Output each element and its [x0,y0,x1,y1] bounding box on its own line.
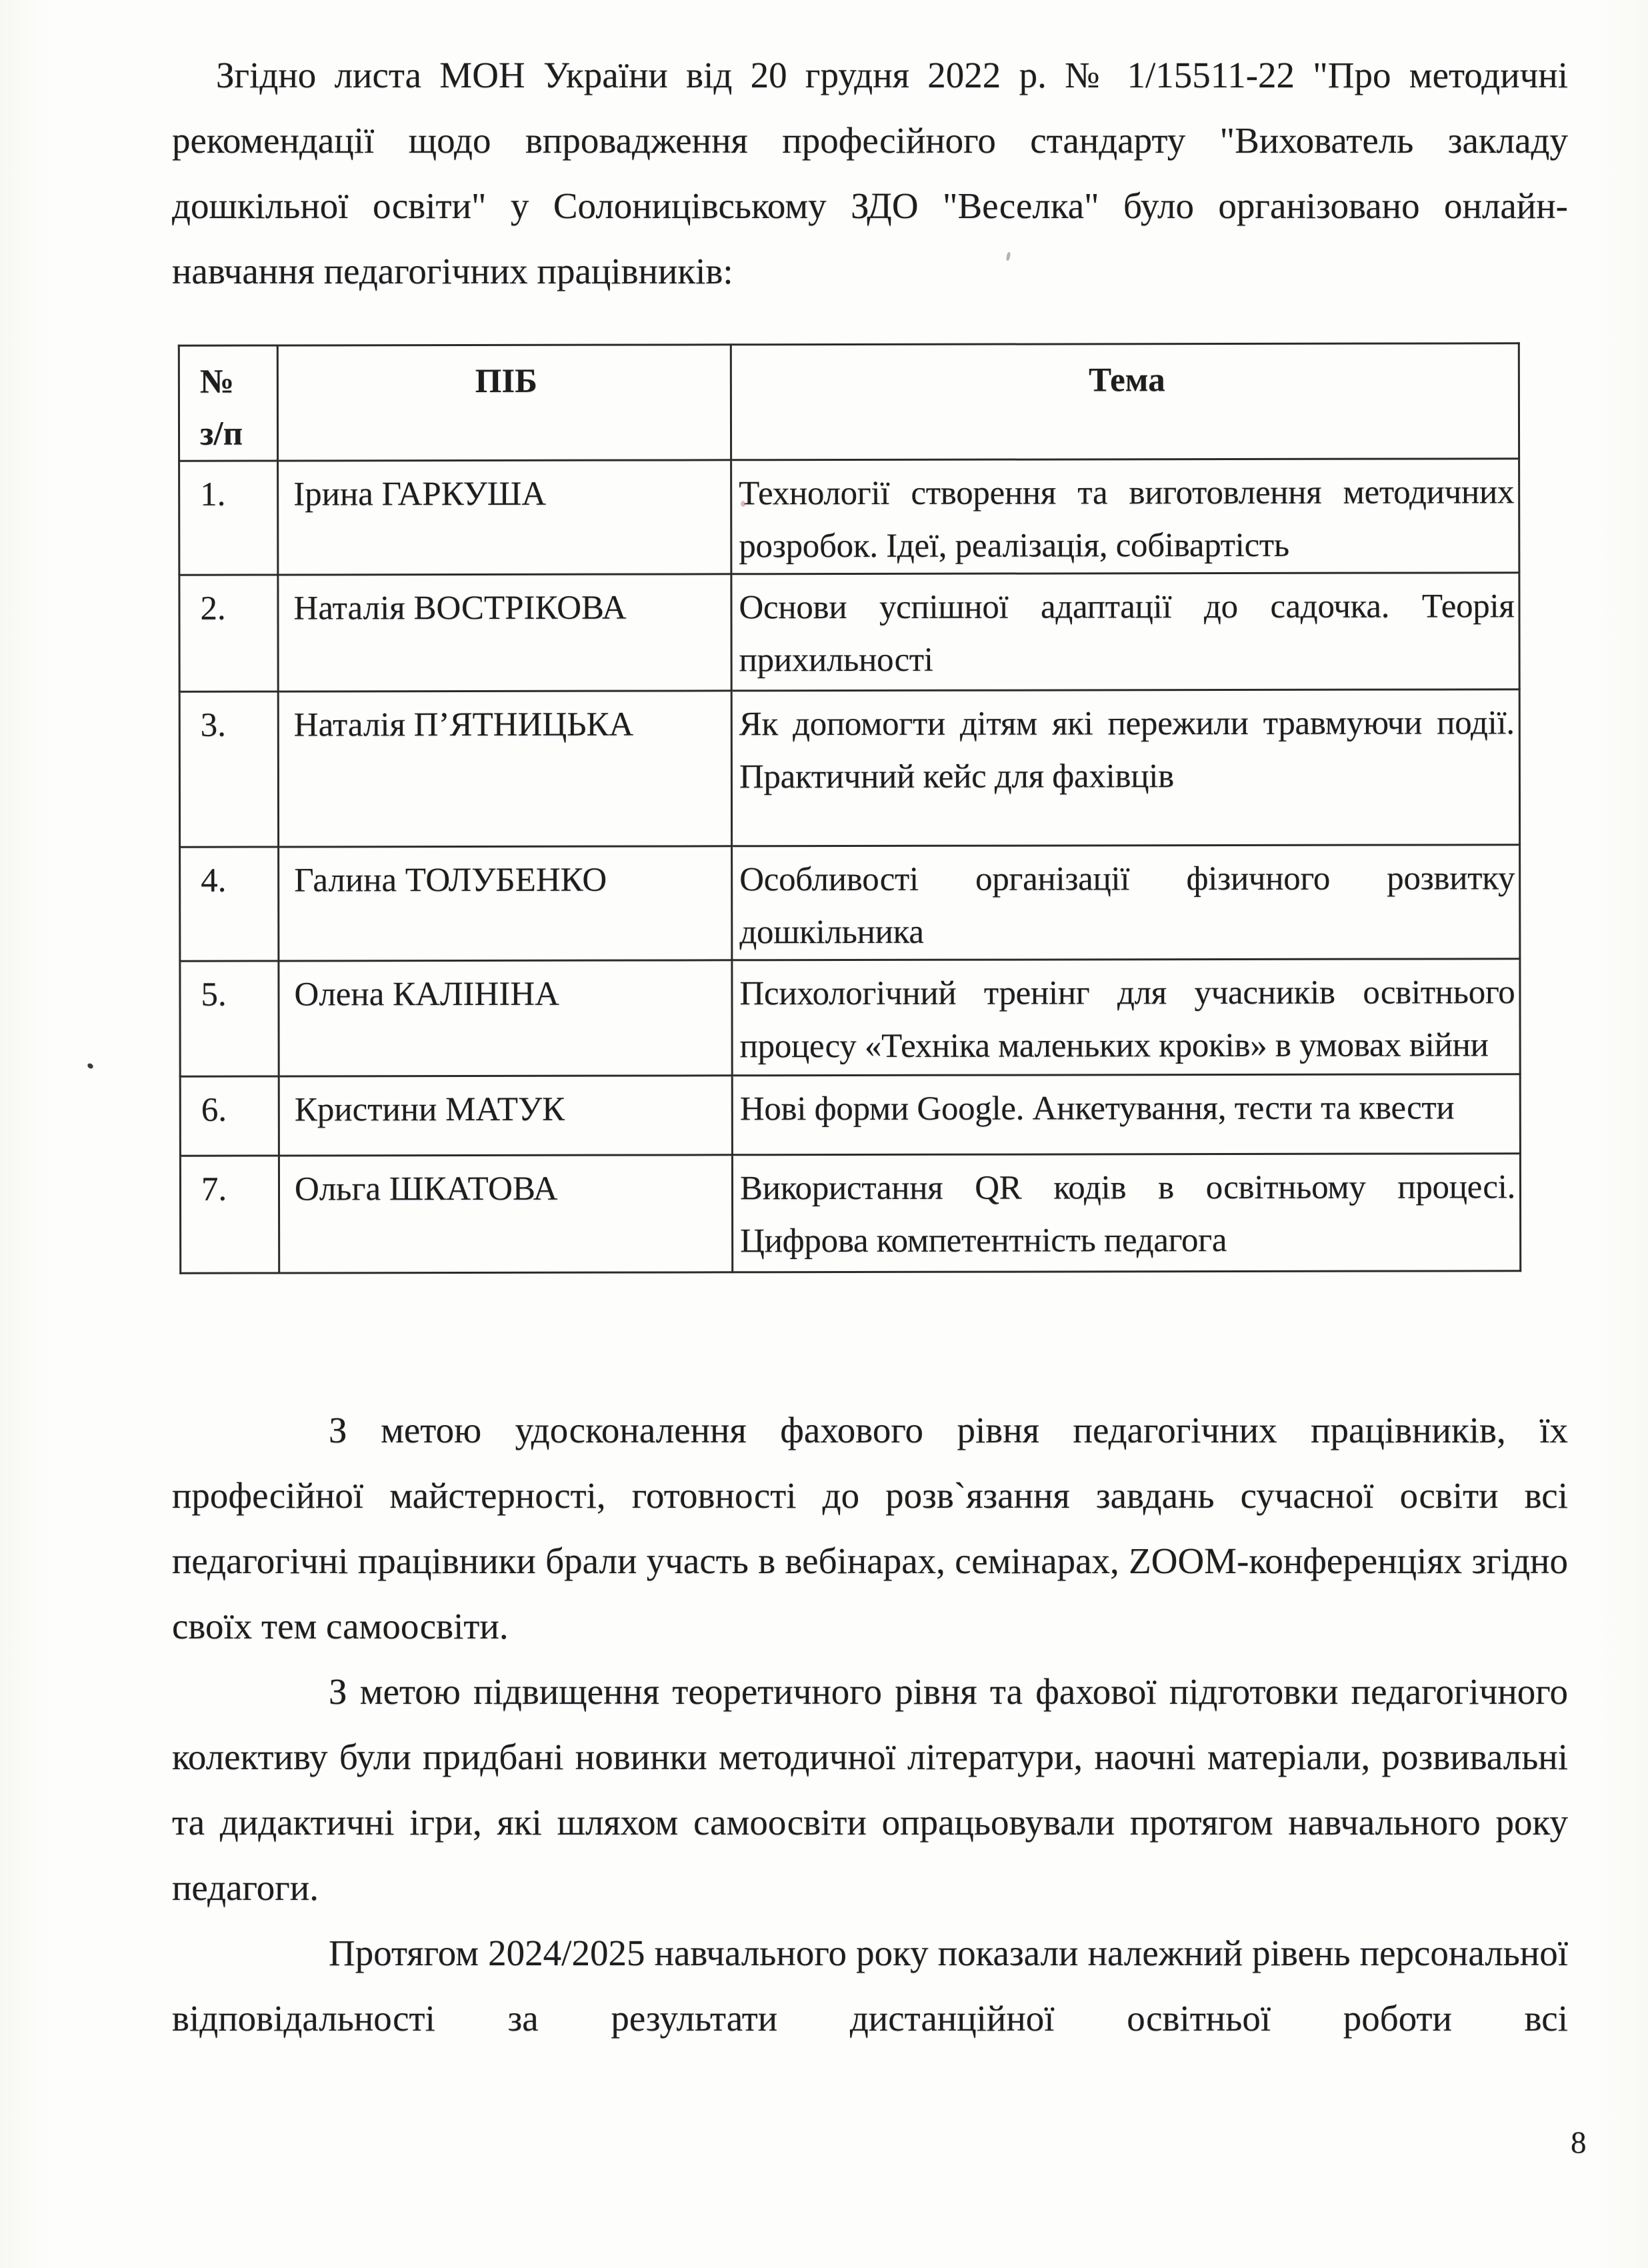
topic-text: Нові форми Google. Анкетування, тести та… [732,1074,1520,1155]
teacher-name: Наталія П’ЯТНИЦЬКА [278,691,731,847]
table-row: 2. Наталія ВОСТРІКОВА Основи успішної ад… [179,573,1519,692]
scan-speck [87,1062,94,1070]
paragraph-school-year: Протягом 2024/2025 навчального року пока… [172,1921,1568,2051]
topic-text: Основи успішної адаптації до садочка. Те… [731,573,1519,691]
col-header-topic: Тема [731,343,1519,460]
table-row: 7. Ольга ШКАТОВА Використання QR кодів в… [180,1154,1520,1274]
row-number: 4. [180,847,279,961]
online-training-table: № з/п ПІБ Тема 1. Ірина ГАРКУША Технолог… [178,342,1521,1274]
col-header-number-line2: з/п [191,408,270,460]
topic-text: Особливості організації фізичного розвит… [732,845,1520,960]
table-row: 5. Олена КАЛІНІНА Психологічний тренінг … [180,959,1520,1077]
row-number: 2. [179,575,278,692]
row-number: 3. [179,692,278,847]
topic-text: Використання QR кодів в освітньому проце… [732,1154,1520,1272]
row-number: 7. [180,1156,279,1273]
paragraph-self-education: З метою удосконалення фахового рівня пед… [172,1398,1568,1659]
teacher-name: Ольга ШКАТОВА [279,1155,732,1273]
col-header-name: ПІБ [277,345,731,461]
teacher-name: Галина ТОЛУБЕНКО [279,846,732,961]
intro-paragraph: Згідно листа МОН України від 20 грудня 2… [172,43,1568,304]
teacher-name: Наталія ВОСТРІКОВА [278,574,731,692]
table-row: 6. Кристини МАТУК Нові форми Google. Анк… [180,1074,1520,1156]
table-row: 3. Наталія П’ЯТНИЦЬКА Як допомогти дітям… [179,690,1519,848]
teacher-name: Кристини МАТУК [279,1076,732,1156]
col-header-number: № з/п [179,345,277,461]
row-number: 5. [180,961,279,1076]
page-number: 8 [1571,2125,1587,2161]
topic-text: Як допомогти дітям які пережили травмуюч… [731,690,1519,846]
table-header-row: № з/п ПІБ Тема [179,343,1519,461]
row-number: 6. [180,1076,279,1156]
topic-text: Психологічний тренінг для учасників осві… [732,959,1520,1076]
scan-speck [741,501,745,507]
teacher-name: Олена КАЛІНІНА [279,960,732,1076]
scanned-document-page: Згідно листа МОН України від 20 грудня 2… [0,0,1648,2268]
table-row: 1. Ірина ГАРКУША Технології створення та… [179,459,1519,576]
teacher-name: Ірина ГАРКУША [278,460,731,575]
paragraph-methodical-literature: З метою підвищення теоретичного рівня та… [172,1659,1568,1921]
table-row: 4. Галина ТОЛУБЕНКО Особливості організа… [180,845,1520,962]
col-header-number-line1: № [191,356,270,408]
topic-text: Технології створення та виготовлення мет… [731,459,1519,574]
body-paragraphs: З метою удосконалення фахового рівня пед… [172,1398,1568,2051]
row-number: 1. [179,461,278,575]
